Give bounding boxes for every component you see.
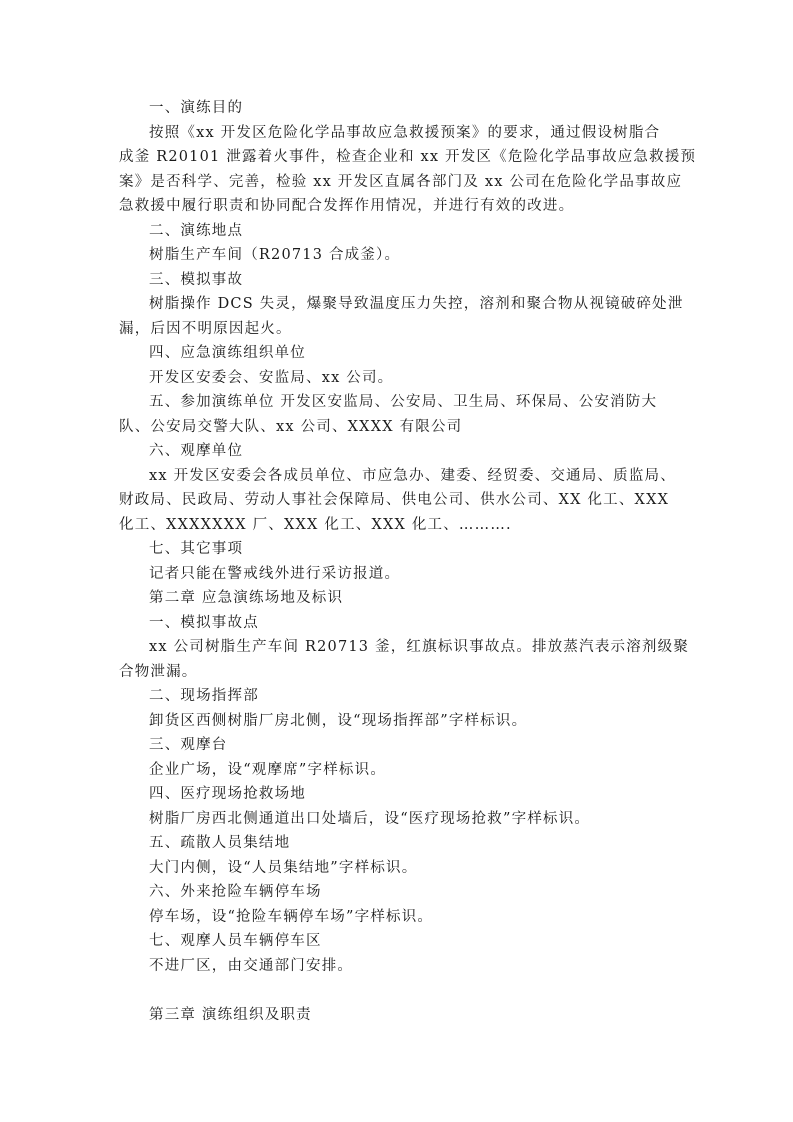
paragraph-line: 树脂操作 DCS 失灵，爆聚导致温度压力失控，溶剂和聚合物从视镜破碎处泄 <box>119 292 669 317</box>
paragraph-line: 漏，后因不明原因起火。 <box>119 317 669 342</box>
paragraph-line: 合物泄漏。 <box>119 660 669 685</box>
paragraph-line: 停车场，设“抢险车辆停车场”字样标识。 <box>119 905 669 930</box>
paragraph-line: 大门内侧，设“人员集结地”字样标识。 <box>119 856 669 881</box>
document-page: 一、演练目的 按照《xx 开发区危险化学品事故应急救援预案》的要求，通过假设树脂… <box>119 96 669 1027</box>
paragraph-line: 成釜 R20101 泄露着火事件，检查企业和 xx 开发区《危险化学品事故应急救… <box>119 145 669 170</box>
paragraph-line: 树脂厂房西北侧通道出口处墙后，设“医疗现场抢救”字样标识。 <box>119 807 669 832</box>
chapter-heading-2: 第二章 应急演练场地及标识 <box>119 586 669 611</box>
section-heading-accident-point: 一、模拟事故点 <box>119 611 669 636</box>
paragraph-line-participating-units: 五、参加演练单位 开发区安监局、公安局、卫生局、环保局、公安消防大 <box>119 390 669 415</box>
chapter-heading-3: 第三章 演练组织及职责 <box>119 1003 669 1028</box>
paragraph-line: xx 公司树脂生产车间 R20713 釜，红旗标识事故点。排放蒸汽表示溶剂级聚 <box>119 635 669 660</box>
paragraph-line: 按照《xx 开发区危险化学品事故应急救援预案》的要求，通过假设树脂合 <box>119 121 669 146</box>
section-heading-other-matters: 七、其它事项 <box>119 537 669 562</box>
section-heading-observer-units: 六、观摩单位 <box>119 439 669 464</box>
paragraph-line: 急救援中履行职责和协同配合发挥作用情况，并进行有效的改进。 <box>119 194 669 219</box>
paragraph-line: 队、公安局交警大队、xx 公司、XXXX 有限公司 <box>119 415 669 440</box>
section-heading-rescue-vehicle-parking: 六、外来抢险车辆停车场 <box>119 880 669 905</box>
paragraph-line: 开发区安委会、安监局、xx 公司。 <box>119 366 669 391</box>
section-heading-drill-purpose: 一、演练目的 <box>119 96 669 121</box>
paragraph-line: 财政局、民政局、劳动人事社会保障局、供电公司、供水公司、XX 化工、XXX <box>119 488 669 513</box>
paragraph-line: 企业广场，设“观摩席”字样标识。 <box>119 758 669 783</box>
paragraph-line: 不进厂区，由交通部门安排。 <box>119 954 669 979</box>
section-heading-command-post: 二、现场指挥部 <box>119 684 669 709</box>
section-heading-observation-stand: 三、观摩台 <box>119 733 669 758</box>
section-heading-organizing-units: 四、应急演练组织单位 <box>119 341 669 366</box>
paragraph-line: xx 开发区安委会各成员单位、市应急办、建委、经贸委、交通局、质监局、 <box>119 464 669 489</box>
section-heading-simulated-accident: 三、模拟事故 <box>119 268 669 293</box>
section-heading-observer-vehicle-parking: 七、观摩人员车辆停车区 <box>119 929 669 954</box>
paragraph-line: 案》是否科学、完善，检验 xx 开发区直属各部门及 xx 公司在危险化学品事故应 <box>119 170 669 195</box>
paragraph-line: 记者只能在警戒线外进行采访报道。 <box>119 562 669 587</box>
paragraph-line: 树脂生产车间（R20713 合成釜）。 <box>119 243 669 268</box>
blank-line <box>119 978 669 1003</box>
paragraph-line: 卸货区西侧树脂厂房北侧，设“现场指挥部”字样标识。 <box>119 709 669 734</box>
section-heading-assembly-point: 五、疏散人员集结地 <box>119 831 669 856</box>
paragraph-line: 化工、XXXXXXX 厂、XXX 化工、XXX 化工、………. <box>119 513 669 538</box>
section-heading-drill-location: 二、演练地点 <box>119 219 669 244</box>
section-heading-medical-rescue-site: 四、医疗现场抢救场地 <box>119 782 669 807</box>
